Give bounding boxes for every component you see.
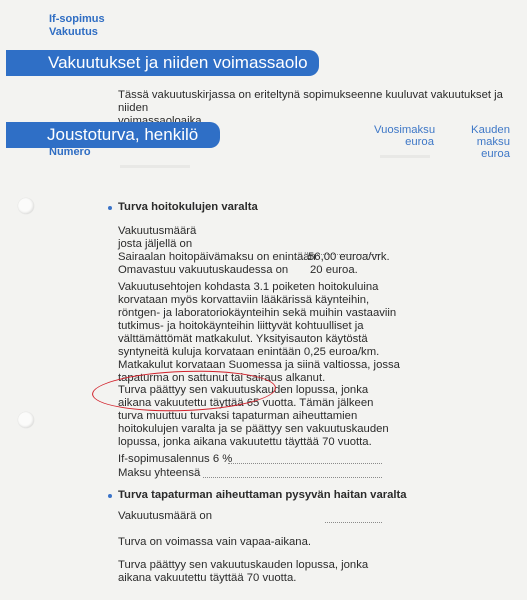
- daily-fee-value: 56,00 euroa/vrk.: [308, 251, 390, 264]
- column-header-unit: euroa: [438, 148, 510, 160]
- section-title: Vakuutukset ja niiden voimassaolo: [6, 50, 319, 75]
- total-value-line: [203, 477, 382, 478]
- paragraph-line: röntgen- ja laboratoriokäynteihin sekä m…: [118, 307, 400, 320]
- discount-value-line: [228, 463, 382, 464]
- paragraph-line: korvataan myös korvattaviin lääkärissä k…: [118, 294, 400, 307]
- validity-text: Turva on voimassa vain vapaa-aikana.: [118, 536, 311, 549]
- section-banner-product: Joustoturva, henkilö: [6, 122, 220, 148]
- contract-label: If-sopimus: [49, 13, 105, 26]
- end-paragraph: Turva päättyy sen vakuutuskauden lopussa…: [118, 559, 368, 585]
- terms-paragraph: Vakuutusehtojen kohdasta 3.1 poiketen ho…: [118, 281, 400, 385]
- sum-insured-label: Vakuutusmäärä: [118, 225, 316, 238]
- paragraph-line: turva muuttuu turvaksi tapaturman aiheut…: [118, 410, 389, 423]
- deductible-label: Omavastuu vakuutuskaudessa on: [118, 264, 316, 277]
- paragraph-line: Matkakulut korvataan Suomessa ja siinä v…: [118, 359, 400, 372]
- remaining-label: josta jäljellä on: [118, 238, 316, 251]
- deductible-value: 20 euroa.: [310, 264, 358, 277]
- sum-insured-label: Vakuutusmäärä on: [118, 510, 212, 523]
- cover-heading-disability: Turva tapaturman aiheuttaman pysyvän hai…: [118, 489, 407, 501]
- cover-heading-medical: Turva hoitokulujen varalta: [118, 201, 258, 213]
- column-header-unit: euroa: [374, 136, 434, 148]
- paragraph-line: välttämättömät matkakulut. Yksityisauton…: [118, 333, 400, 346]
- paragraph-line: aikana vakuutettu täyttää 70 vuotta.: [118, 572, 368, 585]
- paragraph-line: Vakuutusehtojen kohdasta 3.1 poiketen ho…: [118, 281, 400, 294]
- paragraph-line: lopussa, jonka aikana vakuutettu täyttää…: [118, 436, 389, 449]
- bullet-icon: [108, 494, 112, 498]
- column-header-annual-fee: Vuosimaksu euroa: [374, 124, 434, 148]
- column-header-period-fee: Kauden maksu euroa: [438, 124, 510, 160]
- column-header-line: Kauden maksu: [438, 124, 510, 148]
- daily-fee-label: Sairaalan hoitopäivämaksu on enintään: [118, 251, 316, 264]
- paragraph-line: hoitokulujen varalta ja se päättyy sen v…: [118, 423, 389, 436]
- bullet-icon: [108, 206, 112, 210]
- show-through-text: ▬▬▬▬▬: [380, 150, 430, 161]
- section-banner-policies: Vakuutukset ja niiden voimassaolo: [6, 50, 319, 76]
- show-through-text: ▬▬▬▬▬▬▬: [120, 160, 190, 171]
- column-header-line: Vuosimaksu: [374, 124, 434, 136]
- cover-details: Vakuutusmäärä josta jäljellä on Sairaala…: [118, 225, 316, 277]
- paragraph-line: syntyneitä kuluja korvataan enintään 0,2…: [118, 346, 400, 359]
- paragraph-line: tutkimus- ja hoitokäynteihin liittyvät k…: [118, 320, 400, 333]
- total-label: Maksu yhteensä: [118, 467, 200, 480]
- number-label: Numero: [49, 146, 91, 159]
- intro-line: Tässä vakuutuskirjassa on eriteltynä sop…: [118, 89, 518, 115]
- punch-hole: [18, 412, 34, 428]
- discount-label: If-sopimusalennus 6 %: [118, 453, 232, 466]
- insurance-label: Vakuutus: [49, 26, 98, 39]
- product-title: Joustoturva, henkilö: [6, 122, 220, 147]
- paragraph-line: Turva päättyy sen vakuutuskauden lopussa…: [118, 559, 368, 572]
- punch-hole: [18, 198, 34, 214]
- sum-value-line: [325, 522, 382, 523]
